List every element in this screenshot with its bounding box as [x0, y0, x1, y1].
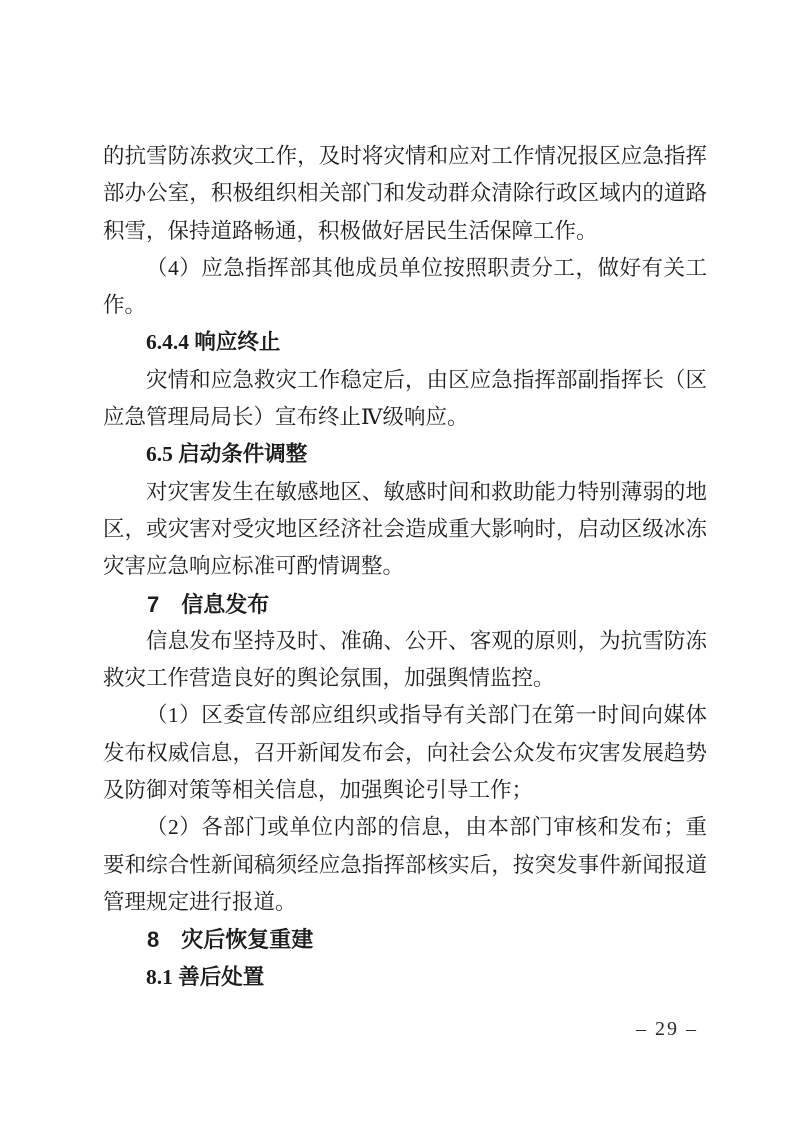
heading-8-1-aftermath-disposal: 8.1 善后处置 — [103, 959, 707, 996]
paragraph-activation-condition: 对灾害发生在敏感地区、敏感时间和救助能力特别薄弱的地区，或灾害对受灾地区经济社会… — [103, 474, 707, 586]
paragraph-item-2-internal-info: （2）各部门或单位内部的信息，由本部门审核和发布；重要和综合性新闻稿须经应急指挥… — [103, 809, 707, 921]
heading-7-information-release: 7 信息发布 — [103, 586, 707, 623]
paragraph-information-release-principles: 信息发布坚持及时、准确、公开、客观的原则，为抗雪防冻救灾工作营造良好的舆论氛围，… — [103, 623, 707, 698]
document-page: 的抗雪防冻救灾工作，及时将灾情和应对工作情况报区应急指挥部办公室，积极组织相关部… — [0, 0, 793, 1122]
document-body: 的抗雪防冻救灾工作，及时将灾情和应对工作情况报区应急指挥部办公室，积极组织相关部… — [103, 138, 707, 996]
heading-6-4-4-response-termination: 6.4.4 响应终止 — [103, 324, 707, 361]
page-number: – 29 – — [636, 1016, 698, 1042]
paragraph-item-1-propaganda: （1）区委宣传部应组织或指导有关部门在第一时间向媒体发布权威信息，召开新闻发布会… — [103, 697, 707, 809]
heading-6-5-activation-condition-adjustment: 6.5 启动条件调整 — [103, 436, 707, 473]
paragraph-item-4: （4）应急指挥部其他成员单位按照职责分工，做好有关工作。 — [103, 250, 707, 325]
paragraph-continuation: 的抗雪防冻救灾工作，及时将灾情和应对工作情况报区应急指挥部办公室，积极组织相关部… — [103, 138, 707, 250]
paragraph-response-termination: 灾情和应急救灾工作稳定后，由区应急指挥部副指挥长（区应急管理局局长）宣布终止Ⅳ级… — [103, 362, 707, 437]
heading-8-post-disaster-recovery: 8 灾后恢复重建 — [103, 921, 707, 958]
